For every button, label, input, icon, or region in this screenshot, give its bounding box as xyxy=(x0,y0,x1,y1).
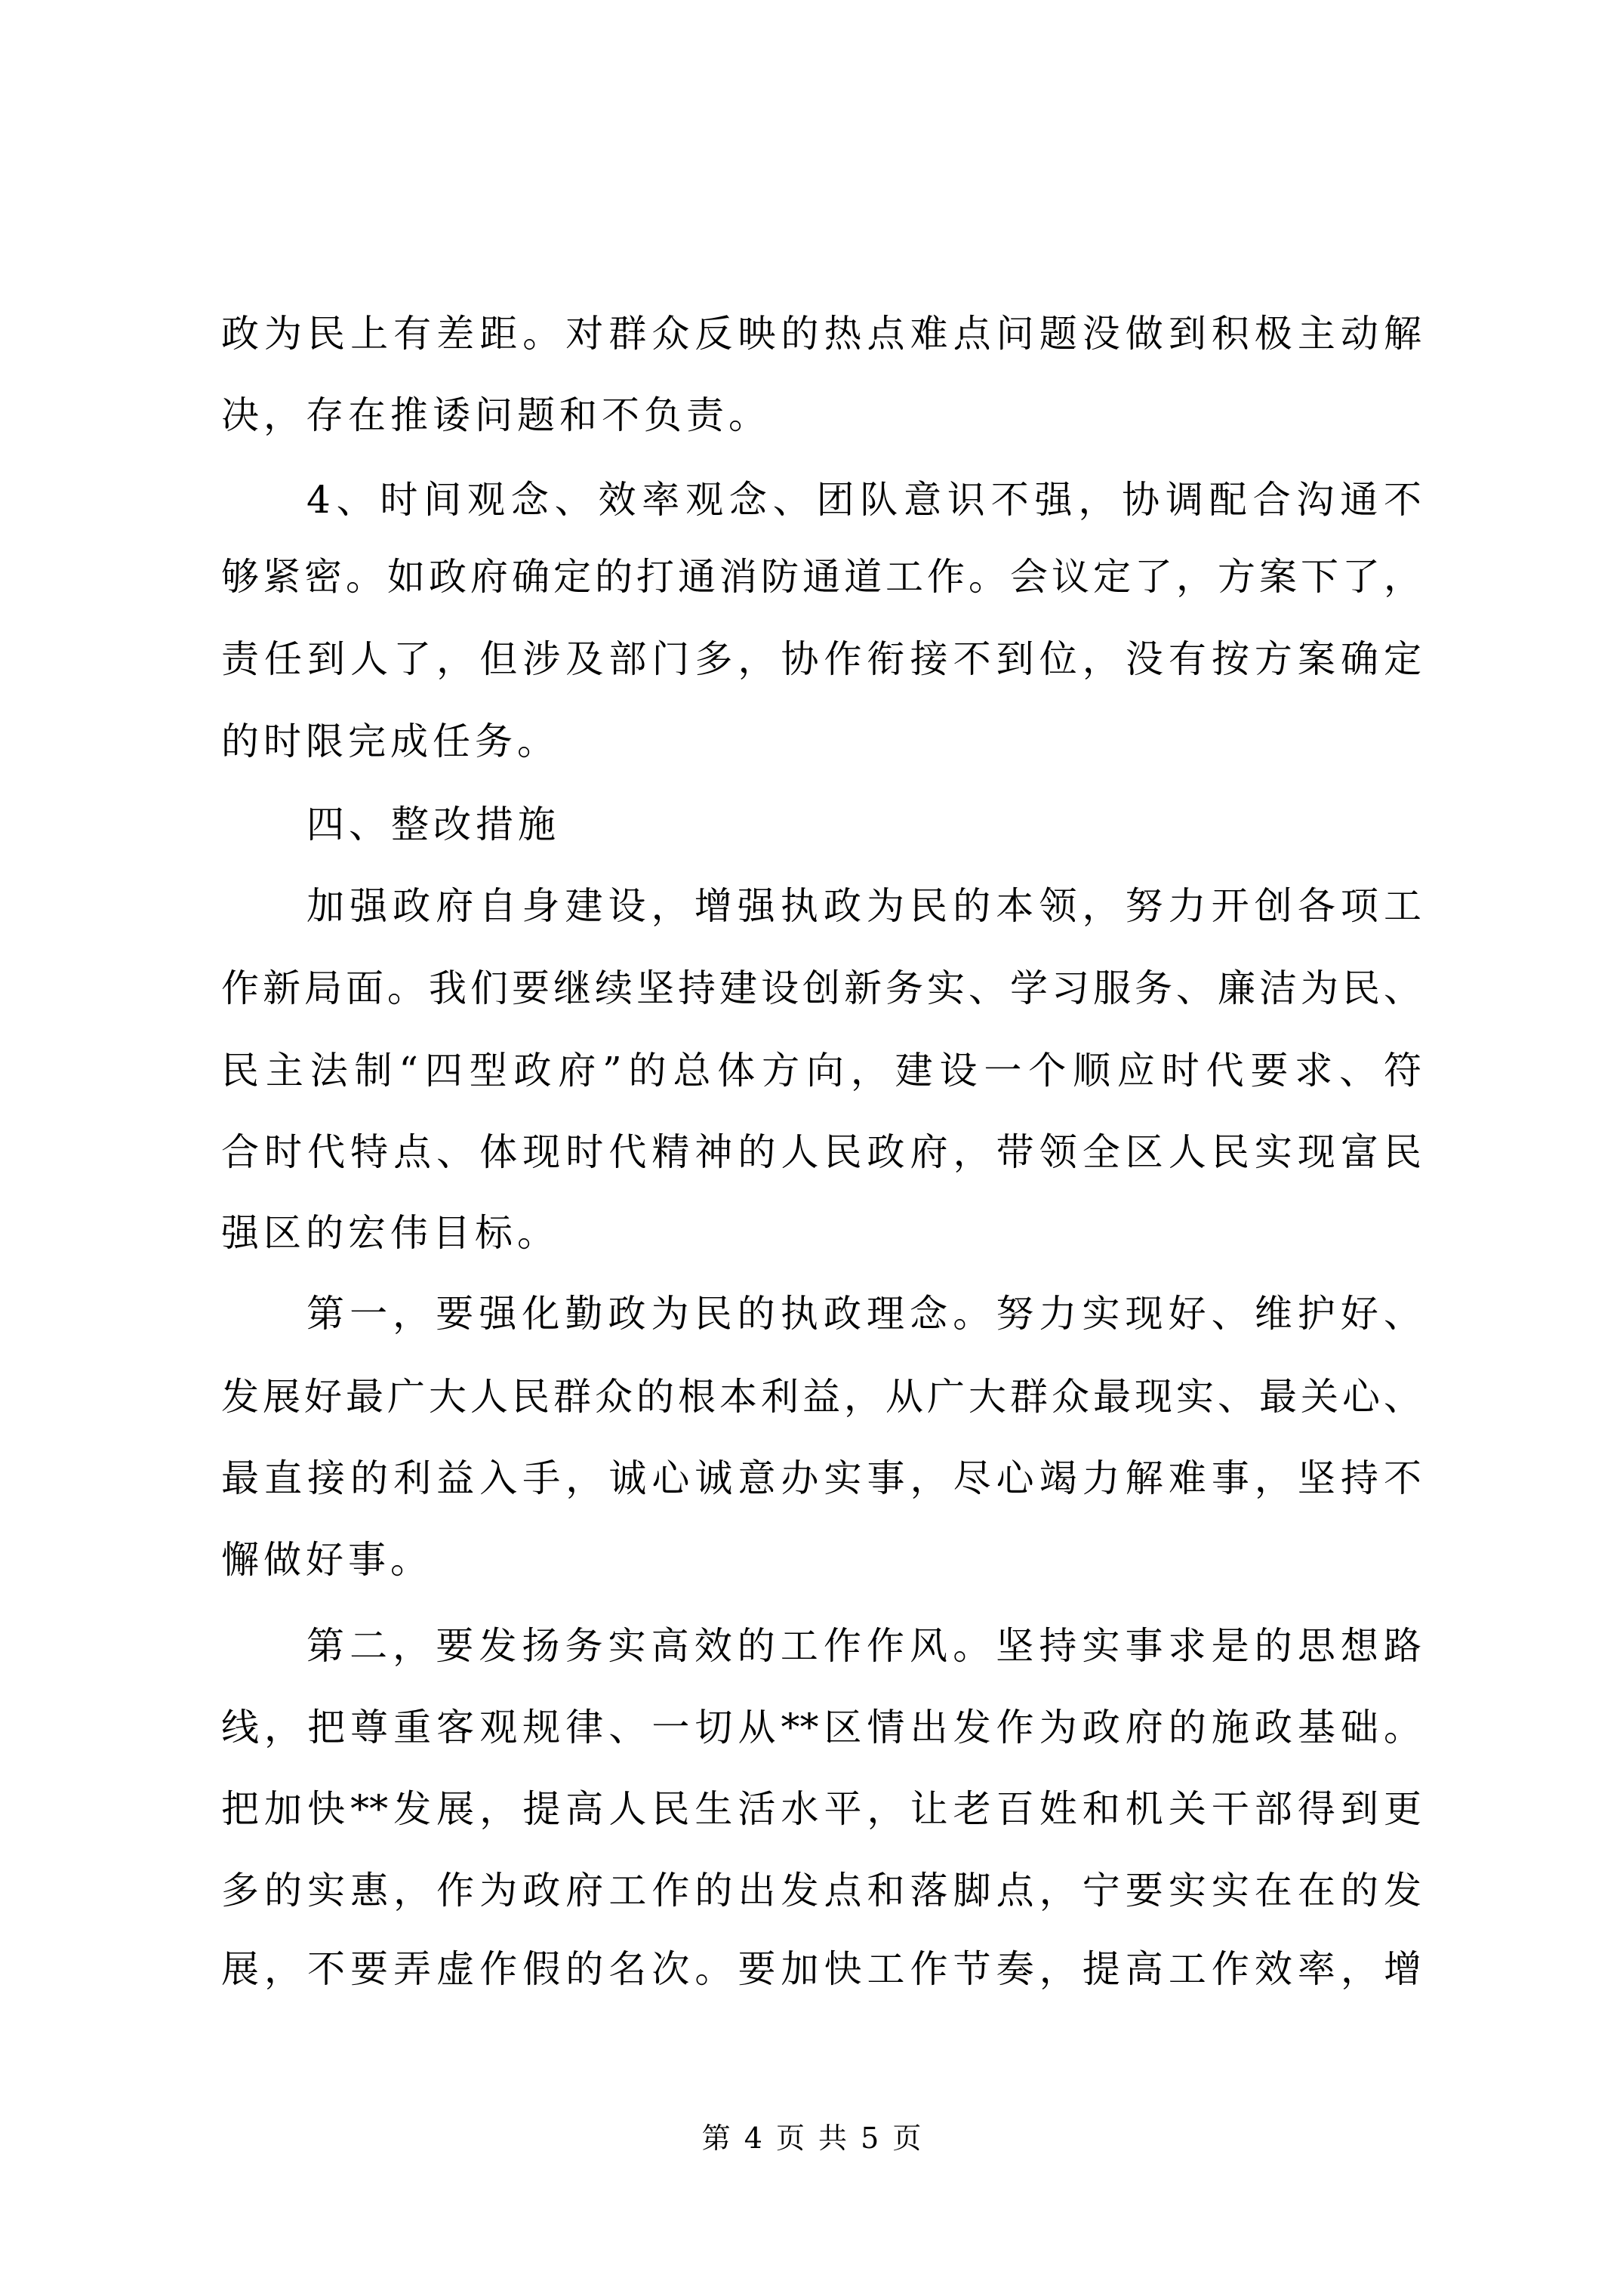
body-line-1: 政为民上有差距。对群众反映的热点难点问题没做到积极主动解 xyxy=(221,311,1421,356)
section-heading: 四、整改措施 xyxy=(306,802,1421,847)
page-footer: 第 4 页 共 5 页 xyxy=(0,2120,1623,2156)
body-line-6: 的时限完成任务。 xyxy=(221,719,1421,764)
body-line-20: 多的实惠，作为政府工作的出发点和落脚点，宁要实实在在的发 xyxy=(221,1868,1421,1913)
page-number-label: 第 4 页 共 5 页 xyxy=(702,2122,922,2155)
body-line-18: 线，把尊重客观规律、一切从**区情出发作为政府的施政基础。 xyxy=(221,1705,1421,1750)
document-page: 政为民上有差距。对群众反映的热点难点问题没做到积极主动解 决，存在推诿问题和不负… xyxy=(0,0,1623,2296)
body-line-3: 4、时间观念、效率观念、团队意识不强，协调配合沟通不 xyxy=(306,477,1421,522)
body-line-15: 最直接的利益入手，诚心诚意办实事，尽心竭力解难事，坚持不 xyxy=(221,1456,1421,1501)
body-line-12: 强区的宏伟目标。 xyxy=(221,1210,1421,1256)
body-line-19: 把加快**发展，提高人民生活水平，让老百姓和机关干部得到更 xyxy=(221,1786,1421,1832)
body-line-10: 民主法制“四型政府”的总体方向，建设一个顺应时代要求、符 xyxy=(221,1048,1421,1093)
body-line-4: 够紧密。如政府确定的打通消防通道工作。会议定了，方案下了， xyxy=(221,554,1421,599)
body-line-5: 责任到人了，但涉及部门多，协作衔接不到位，没有按方案确定 xyxy=(221,636,1421,682)
body-line-16: 懈做好事。 xyxy=(221,1537,1421,1583)
body-line-13: 第一，要强化勤政为民的执政理念。努力实现好、维护好、 xyxy=(306,1291,1421,1336)
body-line-2: 决，存在推诿问题和不负责。 xyxy=(221,393,1421,438)
body-line-9: 作新局面。我们要继续坚持建设创新务实、学习服务、廉洁为民、 xyxy=(221,966,1421,1011)
body-line-8: 加强政府自身建设，增强执政为民的本领，努力开创各项工 xyxy=(306,883,1421,929)
body-line-17: 第二，要发扬务实高效的工作作风。坚持实事求是的思想路 xyxy=(306,1623,1421,1669)
body-line-11: 合时代特点、体现时代精神的人民政府，带领全区人民实现富民 xyxy=(221,1130,1421,1175)
body-line-14: 发展好最广大人民群众的根本利益，从广大群众最现实、最关心、 xyxy=(221,1374,1421,1419)
body-line-21: 展，不要弄虚作假的名次。要加快工作节奏，提高工作效率，增 xyxy=(221,1946,1421,1992)
